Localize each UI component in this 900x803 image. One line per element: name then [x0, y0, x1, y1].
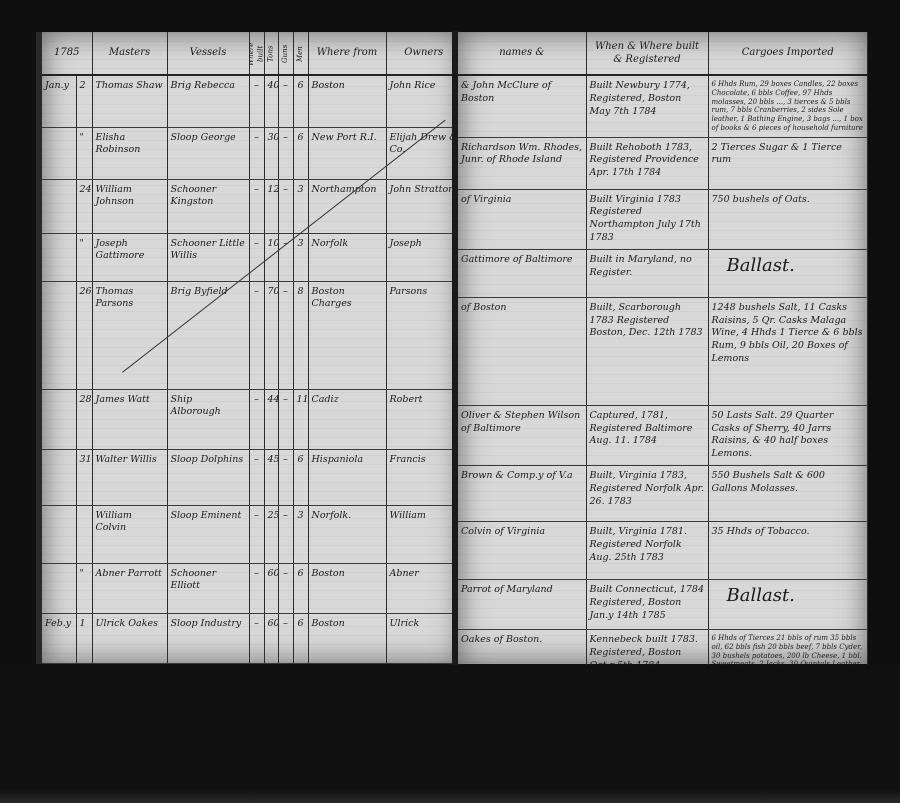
- vessel: Ship Alborough: [167, 389, 249, 449]
- ledger-row: 31 Walter Willis Sloop Dolphins – 45 – 6…: [42, 449, 462, 505]
- day: ": [76, 563, 92, 613]
- vessel: Brig Byfield: [167, 281, 249, 389]
- tons: 70: [264, 281, 278, 389]
- right-page: names & When & Where built & Registered …: [458, 32, 868, 664]
- ledger-row: " Joseph Gattimore Schooner Little Willi…: [42, 233, 462, 281]
- owner-names: Oliver & Stephen Wilson of Baltimore: [458, 405, 586, 465]
- day: ": [76, 127, 92, 179]
- vessel: Sloop Dolphins: [167, 449, 249, 505]
- vessel: Brig Rebecca: [167, 75, 249, 127]
- when-where-header: When & Where built & Registered: [586, 32, 708, 75]
- men: 6: [293, 449, 308, 505]
- where-from: Boston: [308, 613, 386, 664]
- owner: Joseph: [386, 233, 461, 281]
- day: 2: [76, 75, 92, 127]
- month: [42, 233, 76, 281]
- ledger-row: & John McClure of Boston Built Newbury 1…: [458, 75, 868, 137]
- year-header: 1785: [42, 32, 92, 75]
- names-header: names &: [458, 32, 586, 75]
- vessel: Sloop George: [167, 127, 249, 179]
- left-ledger-table: 1785 Masters Vessels Where built Tons Gu…: [42, 32, 462, 664]
- ledger-row: of Boston Built, Scarborough 1783 Regist…: [458, 297, 868, 405]
- built-registered: Captured, 1781, Registered Baltimore Aug…: [586, 405, 708, 465]
- tons: 30: [264, 127, 278, 179]
- month: [42, 179, 76, 233]
- master: William Johnson: [92, 179, 167, 233]
- tons: 25: [264, 505, 278, 563]
- film-edge: [0, 789, 900, 803]
- ledger-row: William Colvin Sloop Eminent – 25 – 3 No…: [42, 505, 462, 563]
- where-from: Boston: [308, 563, 386, 613]
- vessel: Sloop Eminent: [167, 505, 249, 563]
- built-registered: Built, Scarborough 1783 Registered Bosto…: [586, 297, 708, 405]
- day: [76, 505, 92, 563]
- ledger-row: Jan.y 2 Thomas Shaw Brig Rebecca – 40 – …: [42, 75, 462, 127]
- tons: 60: [264, 613, 278, 664]
- left-page: 1785 Masters Vessels Where built Tons Gu…: [36, 32, 462, 664]
- tons: 44: [264, 389, 278, 449]
- ledger-row: Richardson Wm. Rhodes, Junr. of Rhode Is…: [458, 137, 868, 189]
- right-header-row: names & When & Where built & Registered …: [458, 32, 868, 75]
- ledger-row: Brown & Comp.y of V.a Built, Virginia 17…: [458, 466, 868, 522]
- masters-header: Masters: [92, 32, 167, 75]
- owner-names: Gattimore of Baltimore: [458, 249, 586, 297]
- where-from: Northampton: [308, 179, 386, 233]
- cargo: 1248 bushels Salt, 11 Casks Raisins, 5 Q…: [708, 297, 868, 405]
- cargo: 2 Tierces Sugar & 1 Tierce rum: [708, 137, 868, 189]
- men: 6: [293, 563, 308, 613]
- built-registered: Built Newbury 1774, Registered, Boston M…: [586, 75, 708, 137]
- day: 31: [76, 449, 92, 505]
- ledger-row: Feb.y 1 Ulrick Oakes Sloop Industry – 60…: [42, 613, 462, 664]
- master: William Colvin: [92, 505, 167, 563]
- built-registered: Built Virginia 1783 Registered Northampt…: [586, 189, 708, 249]
- day: 26: [76, 281, 92, 389]
- owner: Ulrick: [386, 613, 461, 664]
- built-registered: Built Connecticut, 1784 Registered, Bost…: [586, 580, 708, 630]
- owner: Robert: [386, 389, 461, 449]
- tons: 45: [264, 449, 278, 505]
- owner-names: of Boston: [458, 297, 586, 405]
- where-from: Norfolk.: [308, 505, 386, 563]
- master: Joseph Gattimore: [92, 233, 167, 281]
- where-from: Hispaniola: [308, 449, 386, 505]
- month: [42, 389, 76, 449]
- vessel: Schooner Kingston: [167, 179, 249, 233]
- tons: 12: [264, 179, 278, 233]
- owner-names: & John McClure of Boston: [458, 75, 586, 137]
- owner: John Stratton: [386, 179, 461, 233]
- day: 1: [76, 613, 92, 664]
- master: Ulrick Oakes: [92, 613, 167, 664]
- month: [42, 127, 76, 179]
- vessel: Schooner Elliott: [167, 563, 249, 613]
- cargo: Ballast.: [708, 249, 868, 297]
- day: 24: [76, 179, 92, 233]
- master: Thomas Shaw: [92, 75, 167, 127]
- men: 6: [293, 127, 308, 179]
- where-from: Norfolk: [308, 233, 386, 281]
- month: Feb.y: [42, 613, 76, 664]
- ledger-row: Oliver & Stephen Wilson of Baltimore Cap…: [458, 405, 868, 465]
- film-border: [0, 665, 900, 803]
- vessels-header: Vessels: [167, 32, 249, 75]
- owner-names: Parrot of Maryland: [458, 580, 586, 630]
- ledger-row: 28 James Watt Ship Alborough – 44 – 11 C…: [42, 389, 462, 449]
- cargo: 550 Bushels Salt & 600 Gallons Molasses.: [708, 466, 868, 522]
- men: 3: [293, 179, 308, 233]
- left-header-row: 1785 Masters Vessels Where built Tons Gu…: [42, 32, 462, 75]
- right-ledger-table: names & When & Where built & Registered …: [458, 32, 868, 700]
- tons: 40: [264, 75, 278, 127]
- master: Elisha Robinson: [92, 127, 167, 179]
- where-built-header: Where built: [249, 32, 264, 75]
- men: 8: [293, 281, 308, 389]
- owner-names: Colvin of Virginia: [458, 522, 586, 580]
- guns-header: Guns: [278, 32, 293, 75]
- tons: 60: [264, 563, 278, 613]
- owner: Parsons: [386, 281, 461, 389]
- ledger-row: Parrot of Maryland Built Connecticut, 17…: [458, 580, 868, 630]
- vessel: Schooner Little Willis: [167, 233, 249, 281]
- built-registered: Built Rehoboth 1783, Registered Providen…: [586, 137, 708, 189]
- ledger-row: " Elisha Robinson Sloop George – 30 – 6 …: [42, 127, 462, 179]
- month: [42, 449, 76, 505]
- owner: John Rice: [386, 75, 461, 127]
- month: [42, 281, 76, 389]
- ledger-row: " Abner Parrott Schooner Elliott – 60 – …: [42, 563, 462, 613]
- ledger-row: Colvin of Virginia Built, Virginia 1781.…: [458, 522, 868, 580]
- vessel: Sloop Industry: [167, 613, 249, 664]
- tons: 10: [264, 233, 278, 281]
- tons-header: Tons: [264, 32, 278, 75]
- men-header: Men: [293, 32, 308, 75]
- where-from: Boston Charges: [308, 281, 386, 389]
- where-from-header: Where from: [308, 32, 386, 75]
- ledger-row: 24 William Johnson Schooner Kingston – 1…: [42, 179, 462, 233]
- ledger-row: Gattimore of Baltimore Built in Maryland…: [458, 249, 868, 297]
- men: 3: [293, 233, 308, 281]
- microfilm-scan: 1785 Masters Vessels Where built Tons Gu…: [0, 0, 900, 803]
- men: 6: [293, 613, 308, 664]
- day: ": [76, 233, 92, 281]
- month: [42, 563, 76, 613]
- owner: Francis: [386, 449, 461, 505]
- where-from: New Port R.I.: [308, 127, 386, 179]
- men: 11: [293, 389, 308, 449]
- month: Jan.y: [42, 75, 76, 127]
- cargoes-header: Cargoes Imported: [708, 32, 868, 75]
- cargo: 750 bushels of Oats.: [708, 189, 868, 249]
- cargo: Ballast.: [708, 580, 868, 630]
- where-from: Cadiz: [308, 389, 386, 449]
- master: Walter Willis: [92, 449, 167, 505]
- master: Abner Parrott: [92, 563, 167, 613]
- owners-header: Owners: [386, 32, 461, 75]
- owner-names: of Virginia: [458, 189, 586, 249]
- master: Thomas Parsons: [92, 281, 167, 389]
- day: 28: [76, 389, 92, 449]
- owner: William: [386, 505, 461, 563]
- cargo: 35 Hhds of Tobacco.: [708, 522, 868, 580]
- cargo: 50 Lasts Salt. 29 Quarter Casks of Sherr…: [708, 405, 868, 465]
- owner-names: Brown & Comp.y of V.a: [458, 466, 586, 522]
- where-from: Boston: [308, 75, 386, 127]
- cargo: 6 Hhds Rum, 29 boxes Candles, 22 boxes C…: [708, 75, 868, 137]
- built-registered: Built in Maryland, no Register.: [586, 249, 708, 297]
- built-registered: Built, Virginia 1781. Registered Norfolk…: [586, 522, 708, 580]
- month: [42, 505, 76, 563]
- owner-names: Richardson Wm. Rhodes, Junr. of Rhode Is…: [458, 137, 586, 189]
- owner: Abner: [386, 563, 461, 613]
- men: 6: [293, 75, 308, 127]
- ledger-row: 26 Thomas Parsons Brig Byfield – 70 – 8 …: [42, 281, 462, 389]
- men: 3: [293, 505, 308, 563]
- built-registered: Built, Virginia 1783, Registered Norfolk…: [586, 466, 708, 522]
- master: James Watt: [92, 389, 167, 449]
- ledger-row: of Virginia Built Virginia 1783 Register…: [458, 189, 868, 249]
